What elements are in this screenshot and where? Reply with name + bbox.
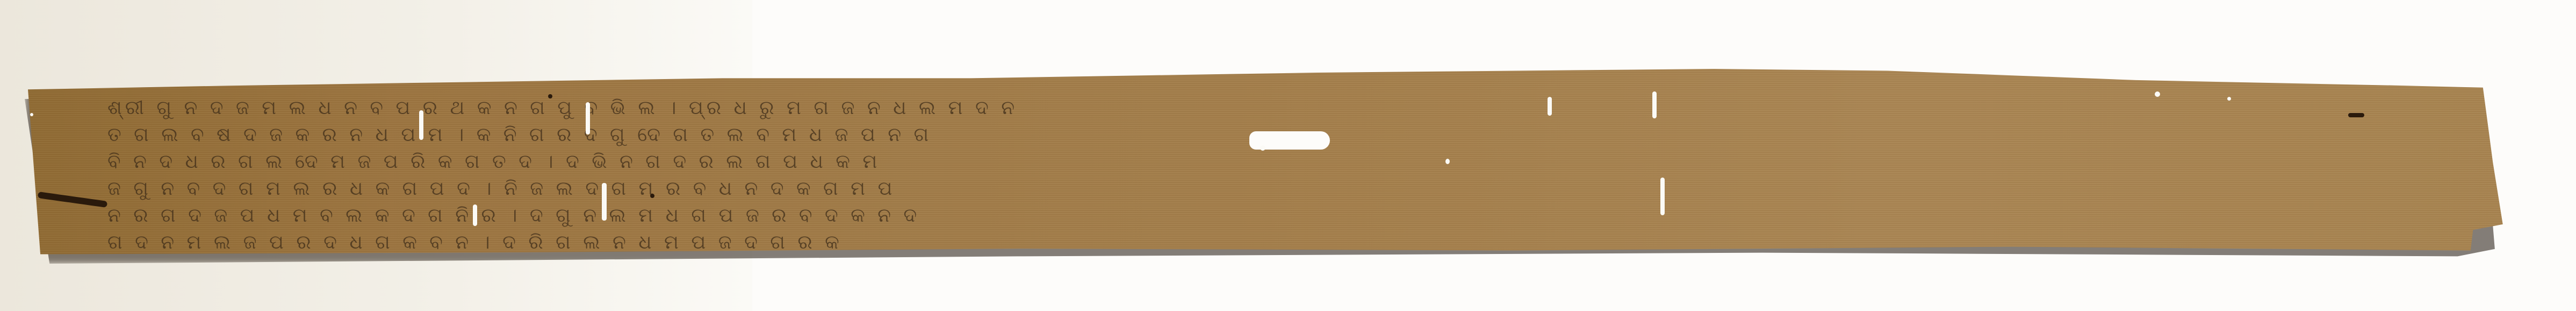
worm-hole (2155, 91, 2160, 97)
worm-hole (650, 194, 654, 198)
manuscript-text: ଶ୍ରୀ ଗୁ ନ ଦ ଜ ମ ଲ ଧ ନ ବ ପ ର ଥ କ ନ ଗ ପୁ ବ… (107, 97, 2418, 258)
worm-hole (1445, 159, 1450, 164)
worm-hole (2348, 113, 2364, 117)
worm-hole (1548, 97, 1552, 116)
worm-hole (473, 204, 477, 226)
text-line: ଗ ଦ ନ ମ ଲ ଜ ପ ର ଦ ଧ ଗ କ ବ ନ । ଦ ରି ଗ ଲ ନ… (107, 231, 2418, 255)
worm-hole (419, 110, 423, 140)
text-line: ଜ ଗୁ ନ ବ ଦ ଗ ମ ଲ ର ଧ କ ଗ ପ ଦ । ନି ଜ ଲ ଦ … (107, 178, 2418, 201)
worm-hole (586, 102, 590, 135)
text-line: ବି ନ ଦ ଧ ର ଗ ଲ ଦେ ମ ଜ ପ ରି କ ଗ ତ ଦ । ଦ ଭ… (107, 151, 2418, 174)
worm-hole (548, 94, 552, 98)
worm-hole (1660, 178, 1665, 215)
worm-hole (2227, 97, 2231, 101)
worm-hole (30, 113, 33, 116)
worm-hole (1260, 145, 1265, 151)
worm-hole (602, 183, 607, 221)
worm-hole (1652, 91, 1657, 118)
text-line: ନ ର ଗ ଦ ଜ ପ ଧ ମ ବ ଲ କ ଦ ଗ ନି ର । ଦ ଗୁ ନ … (107, 204, 2418, 228)
text-line: ଶ୍ରୀ ଗୁ ନ ଦ ଜ ମ ଲ ଧ ନ ବ ପ ର ଥ କ ନ ଗ ପୁ ବ… (107, 97, 2418, 121)
